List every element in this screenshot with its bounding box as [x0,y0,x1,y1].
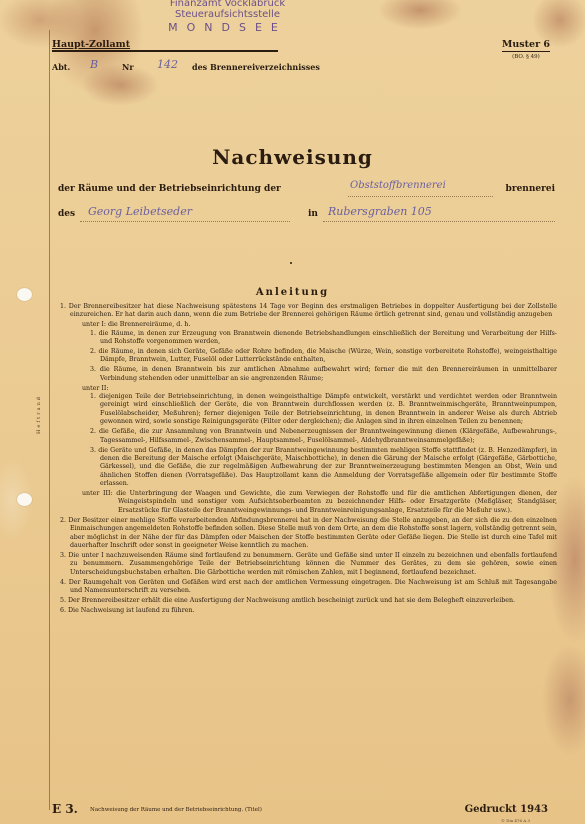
owner-handwritten: Georg Leibetseder [88,205,192,218]
separator-dot [290,262,292,264]
instruction-3: 3. Die unter I nachzuweisenden Räume sin… [60,552,557,577]
instructions-body: 1. Der Brennereibesitzer hat diese Nachw… [60,303,557,617]
nr-value: 142 [157,58,178,71]
in-label: in [308,209,318,219]
office-stamp: Finanzamt Vöcklabruck Steueraufsichtsste… [140,0,315,34]
owner-prefix: des [58,209,75,219]
stamp-line-3: MONDSEE [140,21,315,34]
instruction-1-ii-3: 3. die Geräte und Gefäße, in denen das D… [60,447,557,489]
fill-line-place [323,221,555,222]
subtitle-prefix: der Räume und der Betriebseinrichtung de… [58,184,281,194]
instruction-4: 4. Der Raumgehalt von Geräten und Gefäße… [60,579,557,596]
distillery-type-handwritten: Obststoffbrennerei [350,180,446,191]
stamp-line-1: Finanzamt Vöcklabruck [140,0,315,9]
fill-line-owner [80,221,290,222]
abt-value: B [90,58,98,71]
nr-label: Nr [122,62,134,72]
office-underline [52,50,278,52]
instruction-1-i-2: 2. die Räume, in denen sich Geräte, Gefä… [60,348,557,365]
instruction-1: 1. Der Brennereibesitzer hat diese Nachw… [60,303,557,320]
punch-hole-bottom [17,493,32,506]
instruction-1-i-3: 3. die Räume, in denen Branntwein bis zu… [60,366,557,383]
place-handwritten: Rubersgraben 105 [328,205,432,218]
instruction-1-i-1: 1. die Räume, in denen zur Erzeugung von… [60,330,557,347]
fill-line-distillery-type [348,196,493,197]
form-ref: (BO. § 49) [502,54,550,60]
instruction-1-ii-1: 1. diejenigen Teile der Betriebseinricht… [60,393,557,427]
form-code: E 3. [52,802,78,816]
office-label: Haupt-Zollamt [52,39,130,50]
instruction-unter-3: unter III: die Unterbringung der Waagen … [60,490,557,515]
footer-form-title: Nachweisung der Räume und der Betriebsei… [90,807,262,813]
instruction-1-ii-2: 2. die Gefäße, die zur Ansammlung von Br… [60,428,557,445]
instruction-unter-1: unter I: die Brennereiräume, d. h. [60,321,557,329]
instruction-6: 6. Die Nachweisung ist laufend zu führen… [60,607,557,615]
heftrand-label: Heftrand [36,395,42,434]
instruction-2: 2. Der Besitzer einer mehlige Stoffe ver… [60,517,557,551]
instructions-heading: Anleitung [0,287,585,298]
form-label: Muster 6 [502,39,550,52]
register-label: des Brennereiverzeichnisses [192,62,320,72]
printed-year: Gedruckt 1943 [465,804,548,815]
subtitle-suffix: brennerei [506,184,555,194]
stamp-line-2: Steueraufsichtsstelle [140,9,315,20]
form-reference: Muster 6 (BO. § 49) [502,39,550,60]
print-code: © Dia 476 A 3 [501,818,530,823]
document-title: Nachweisung [0,145,585,169]
instruction-5: 5. Der Brennereibesitzer erhält die eine… [60,597,557,605]
instruction-unter-2: unter II: [60,385,557,393]
abt-label: Abt. [52,62,70,72]
